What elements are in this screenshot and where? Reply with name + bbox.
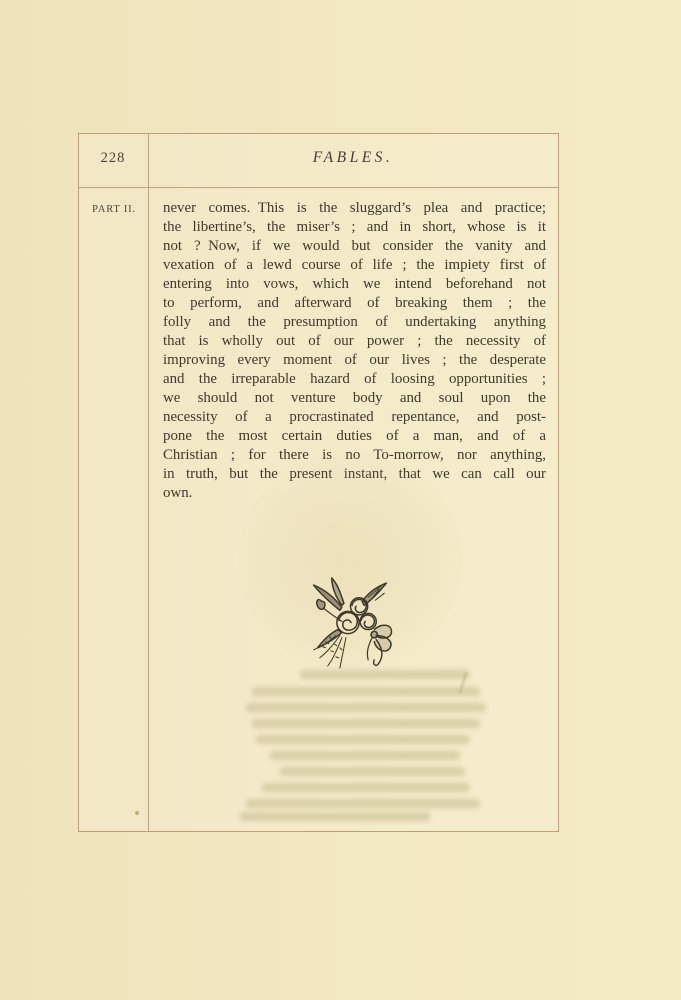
text-line: folly and the presumption of undertaking… (163, 313, 546, 332)
text-line: the libertine’s, the miser’s ; and in sh… (163, 218, 546, 237)
page-number: 228 (78, 150, 148, 167)
show-through-text (252, 687, 480, 696)
text-line: entering into vows, which we intend befo… (163, 275, 546, 294)
text-line: never comes. This is the sluggard’s plea… (163, 199, 546, 218)
show-through-text (270, 751, 460, 760)
running-head: FABLES. (148, 149, 558, 167)
text-line: pone the most certain duties of a man, a… (163, 427, 546, 446)
show-through-text (252, 719, 480, 728)
paper-speck (135, 811, 139, 815)
show-through-text (300, 670, 470, 679)
text-line: and the irreparable hazard of loosing op… (163, 370, 546, 389)
text-line: to perform, and afterward of breaking th… (163, 294, 546, 313)
text-line: not ? Now, if we would but consider the … (163, 237, 546, 256)
part-label: PART II. (78, 204, 150, 215)
show-through-text (262, 783, 470, 792)
floral-ornament (301, 577, 403, 670)
show-through-text (240, 812, 430, 821)
margin-divider-rule (148, 133, 149, 831)
show-through-text (246, 799, 480, 808)
text-line: necessity of a procrastinated repentance… (163, 408, 546, 427)
show-through-text (246, 703, 486, 712)
text-line: we should not venture body and soul upon… (163, 389, 546, 408)
text-line: improving every moment of our lives ; th… (163, 351, 546, 370)
header-rule (78, 187, 558, 188)
text-line: vexation of a lewd course of life ; the … (163, 256, 546, 275)
show-through-text (256, 735, 470, 744)
show-through-text (280, 767, 465, 776)
text-line: that is wholly out of our power ; the ne… (163, 332, 546, 351)
